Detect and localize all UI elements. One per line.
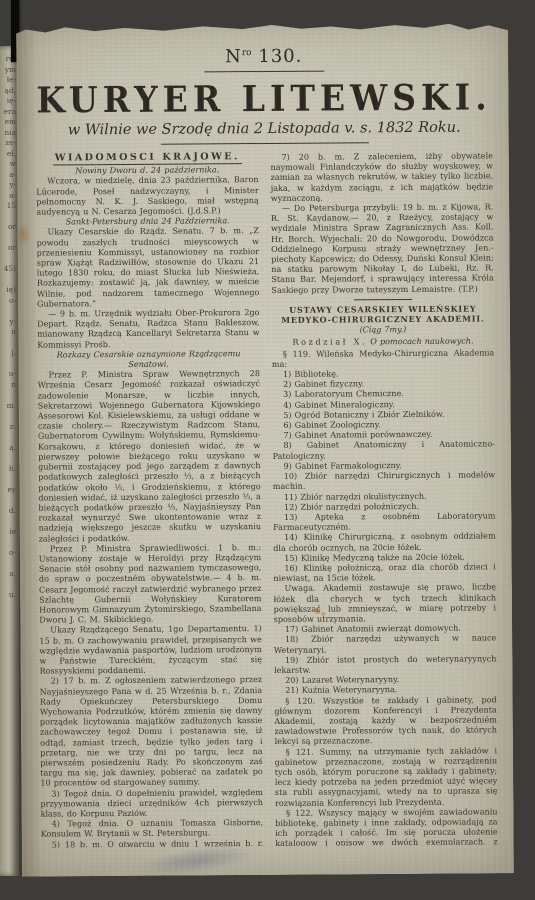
- spine-text-fragment: [0, 411, 16, 422]
- spine-text-fragment: z:: [0, 422, 16, 433]
- spine-text-fragments: rę-ymłe-ąd,ię-eraemniaze-eł,wa-y-a-15oro…: [0, 46, 19, 864]
- paragraph-item-7: 7) 20 b. m. Z zaleceniem, iżby obywatele…: [270, 150, 493, 203]
- spine-text-fragment: o-: [0, 548, 16, 559]
- masthead-dateline: w Wilnie we Srzodę dnia 2 Listopada v. s…: [36, 119, 493, 138]
- chapter-heading: Rozdział X. O pomocach naukowych.: [272, 336, 495, 348]
- spine-text-fragment: [0, 495, 16, 506]
- paragraph-121: § 121. Summy, na utrzymanie tych zakładó…: [275, 745, 498, 808]
- spine-text-fragment: m.: [0, 401, 16, 412]
- paragraph-item-4: 4) Tegoż dnia. O uznaniu Tomasza Gisborn…: [41, 817, 264, 839]
- spine-text-fragment: ze-: [0, 138, 16, 149]
- spine-text-fragment: [0, 537, 16, 548]
- spine-text-fragment: w: [0, 159, 16, 170]
- spine-text-fragment: nia: [0, 128, 16, 139]
- paragraph-122: § 122. Wszyscy mający w swojém zawiadowa…: [275, 806, 498, 847]
- paragraph-119: § 119. Wileńska Medyko-Chirurgiczna Akad…: [272, 347, 495, 369]
- spine-text-fragment: u: [0, 327, 16, 338]
- list-item: 8) Gabinet Anatomiczny i Anatomiczno-Pat…: [272, 439, 495, 461]
- paragraph-minister-interior: Przez P. Ministra Spraw Wewnętrznych 28 …: [37, 368, 261, 543]
- spine-text-fragment: ąd,: [0, 86, 16, 97]
- spine-text-fragment: a,: [0, 569, 16, 580]
- spine-text-fragment: d.: [0, 506, 16, 517]
- column-left: WIADOMOŚCI KRAJOWE. Nowiny Dworu d. 24 p…: [36, 152, 263, 848]
- list-item: 13) Apteka z osobném Laboratoryum Farmac…: [273, 510, 496, 532]
- spine-text-fragment: o-: [0, 296, 16, 307]
- list-item: 18) Zbiór narzędzi używanych w nauce Wet…: [274, 633, 497, 655]
- list-item: 10) Zbiór narzędzi Chirurgicznych i mode…: [273, 469, 496, 491]
- spine-text-fragment: 45): [0, 264, 16, 275]
- spine-text-fragment: j.: [0, 348, 16, 359]
- spine-text-fragment: 15: [0, 201, 16, 212]
- spine-text-fragment: [0, 558, 16, 569]
- inventory-list-2: 17) Gabinet Anatomii zwierząt domowych.1…: [274, 623, 497, 696]
- paragraph-item-3: 3) Tegoż dnia. O dopełnieniu prawideł, w…: [40, 787, 263, 819]
- paragraph-official: — 9 b. m. Urzędnik wydziału Ober-Prokuro…: [37, 307, 260, 349]
- spine-text-fragment: [0, 338, 16, 349]
- academy-statute-heading: USTAWY CESARSKIEY WILEŃSKIEY MEDYKO-CHIR…: [271, 303, 494, 336]
- section-heading-domestic-news: WIADOMOŚCI KRAJOWE.: [36, 152, 259, 164]
- paragraph-note: Uwaga. Akademii zostawuje się prawo, lic…: [273, 582, 496, 624]
- spine-text-fragment: a-: [0, 191, 16, 202]
- spine-text-fragment: [0, 600, 16, 611]
- page-content: Nro 130. KURYER LITEWSKI. w Wilnie we Sr…: [16, 20, 514, 876]
- paragraph-120: § 120. Wszystkie te zakłady i gabinety, …: [274, 694, 497, 747]
- paragraph-senate-ukazy: Ukazy Rządzącego Senatu, 1go Departament…: [39, 623, 262, 676]
- spine-text-fragment: u.: [0, 590, 16, 601]
- orders-heading: Rozkazy Cesarskie oznaymione Rządzącemu …: [37, 348, 260, 370]
- spine-text-fragment: em: [0, 117, 16, 128]
- spine-text-fragment: eł,: [0, 149, 16, 160]
- spine-text-fragment: [0, 474, 16, 485]
- spine-text-fragment: ie: [0, 527, 16, 538]
- spine-text-fragment: [0, 432, 16, 443]
- list-item: 14) Klinikę Chirurgiczną, z osobnym oddz…: [273, 531, 496, 553]
- inventory-list-1: 1) Bibliotekę.2) Gabinet fizyczny.3) Lab…: [272, 367, 496, 583]
- spine-text-fragment: [0, 579, 16, 590]
- paragraph-ukaz: Ukazy Cesarskie do Rządz. Senatu. 7 b. m…: [36, 225, 259, 308]
- spine-text-fragment: [0, 212, 16, 223]
- spine-text-fragment: y-: [0, 317, 16, 328]
- spine-text-fragment: or: [0, 243, 16, 254]
- spine-text-fragment: ym: [0, 65, 16, 76]
- paragraph-minister-justice: Przez P. Ministra Sprawiedliwości. 1 b. …: [39, 542, 262, 625]
- spine-text-fragment: [0, 275, 16, 286]
- issue-number: Nro 130.: [35, 44, 492, 68]
- text-columns: WIADOMOŚCI KRAJOWE. Nowiny Dworu d. 24 p…: [36, 150, 498, 847]
- spine-text-fragment: h.: [0, 464, 16, 475]
- spine-text-fragment: [0, 254, 16, 265]
- spine-text-fragment: a-: [0, 170, 16, 181]
- newspaper-title: KURYER LITEWSKI.: [35, 76, 492, 121]
- spine-text-fragment: ey: [0, 485, 16, 496]
- spine-text-fragment: [0, 516, 16, 527]
- list-item: 16) Klinikę położniczą, oraz dla chorób …: [273, 561, 496, 583]
- spine-text-fragment: [0, 233, 16, 244]
- spine-text-fragment: n: [0, 380, 16, 391]
- paragraph-audience: Wczora, w niedzielę, dnia 23 październik…: [36, 174, 259, 216]
- section-divider-rule: [354, 299, 412, 300]
- newspaper-page: Nro 130. KURYER LITEWSKI. w Wilnie we Sr…: [16, 20, 514, 876]
- spine-text-fragment: era: [0, 107, 16, 118]
- spine-text-fragment: [0, 390, 16, 401]
- spine-text-fragment: [0, 306, 16, 317]
- spine-text-fragment: or: [0, 222, 16, 233]
- spine-text-fragment: ą.: [0, 443, 16, 454]
- spine-text-fragment: ię): [0, 285, 16, 296]
- spine-text-fragment: u-: [0, 369, 16, 380]
- spine-text-fragment: y-: [0, 180, 16, 191]
- paragraph-arrivals: — Do Petersburga przybyli: 19 b. m. z Ki…: [271, 201, 494, 294]
- spine-text-fragment: łe-: [0, 75, 16, 86]
- spine-text-fragment: ię-: [0, 96, 16, 107]
- previous-page-edge: rę-ymłe-ąd,ię-eraemniaze-eł,wa-y-a-15oro…: [0, 46, 19, 876]
- paragraph-auction-rules: 2) 17 b. m. Z ogłoszeniem zatwierdzonego…: [40, 674, 263, 788]
- list-item: 19) Zbiór istot prostych do weterynaryyn…: [274, 653, 497, 675]
- scan-background: rę-ymłe-ąd,ię-eraemniaze-eł,wa-y-a-15oro…: [0, 0, 535, 900]
- column-right: 7) 20 b. m. Z zaleceniem, iżby obywatele…: [270, 150, 497, 846]
- spine-text-fragment: [0, 359, 16, 370]
- masthead: Nro 130. KURYER LITEWSKI. w Wilnie we Sr…: [35, 44, 493, 145]
- masthead-rule-bottom: [160, 142, 368, 144]
- paragraph-item-5: 5) 18 b. m. O otwarciu w dniu 1 września…: [41, 838, 264, 848]
- spine-text-fragment: [0, 453, 16, 464]
- masthead-rule-top: [204, 71, 324, 73]
